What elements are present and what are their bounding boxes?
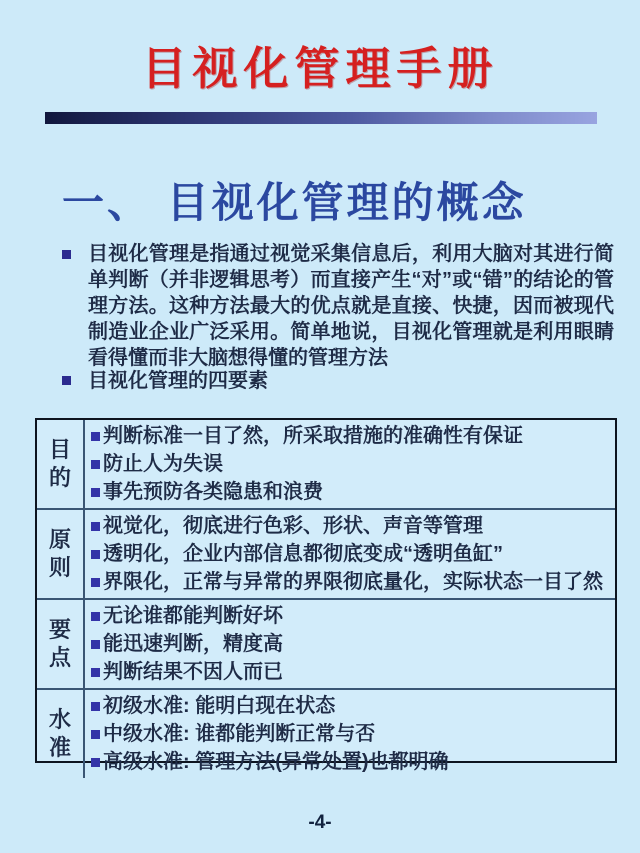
- row-body-cell: 无论谁都能判断好坏 能迅速判断，精度高 判断结果不因人而已: [85, 600, 615, 688]
- row-header-label: 水准: [48, 706, 72, 762]
- bullet-square-icon: [62, 376, 71, 385]
- bullet-square-icon: [91, 758, 100, 767]
- intro-paragraph: 目视化管理是指通过视觉采集信息后，利用大脑对其进行简单判断（并非逻辑思考）而直接…: [88, 241, 614, 371]
- row-header-cell: 水准: [37, 690, 85, 778]
- table-item-text: 中级水准: 谁都能判断正常与否: [103, 720, 375, 748]
- divider-bar: [45, 112, 597, 124]
- table-item: 中级水准: 谁都能判断正常与否: [91, 720, 609, 748]
- bullet-square-icon: [91, 702, 100, 711]
- table-item-text: 初级水准: 能明白现在状态: [103, 692, 335, 720]
- table-item: 无论谁都能判断好坏: [91, 602, 609, 630]
- bullet-square-icon: [91, 640, 100, 649]
- table-item: 初级水准: 能明白现在状态: [91, 692, 609, 720]
- table-item-text: 判断结果不因人而已: [103, 658, 283, 686]
- table-item-text: 视觉化，彻底进行色彩、形状、声音等管理: [103, 512, 483, 540]
- row-header-cell: 原则: [37, 510, 85, 598]
- bullet-square-icon: [91, 432, 100, 441]
- bullet-square-icon: [91, 578, 100, 587]
- bullet-square-icon: [91, 550, 100, 559]
- page-number: -4-: [0, 812, 640, 834]
- row-header-cell: 目的: [37, 420, 85, 508]
- bullet-square-icon: [91, 522, 100, 531]
- row-header-label: 原则: [48, 526, 72, 582]
- table-item-text: 防止人为失误: [103, 450, 223, 478]
- bullet-square-icon: [91, 730, 100, 739]
- table-item-text: 界限化，正常与异常的界限彻底量化，实际状态一目了然: [103, 568, 603, 596]
- table-item: 防止人为失误: [91, 450, 609, 478]
- table-item-text: 判断标准一目了然，所采取措施的准确性有保证: [103, 422, 523, 450]
- table-item: 判断标准一目了然，所采取措施的准确性有保证: [91, 422, 609, 450]
- table-row: 目的 判断标准一目了然，所采取措施的准确性有保证 防止人为失误 事先预防各类隐患…: [37, 420, 615, 508]
- table-item-text: 无论谁都能判断好坏: [103, 602, 283, 630]
- bullet-square-icon: [91, 612, 100, 621]
- table-item: 界限化，正常与异常的界限彻底量化，实际状态一目了然: [91, 568, 609, 596]
- row-header-label: 目的: [48, 436, 72, 492]
- table-item-text: 能迅速判断，精度高: [103, 630, 283, 658]
- row-header-label: 要点: [48, 616, 72, 672]
- table-row: 原则 视觉化，彻底进行色彩、形状、声音等管理 透明化，企业内部信息都彻底变成“透…: [37, 508, 615, 598]
- slide: 目视化管理手册 一、 目视化管理的概念 目视化管理是指通过视觉采集信息后，利用大…: [0, 0, 640, 853]
- four-elements-table: 目的 判断标准一目了然，所采取措施的准确性有保证 防止人为失误 事先预防各类隐患…: [35, 418, 617, 763]
- table-row: 水准 初级水准: 能明白现在状态 中级水准: 谁都能判断正常与否 高级水准: 管…: [37, 688, 615, 778]
- table-item: 透明化，企业内部信息都彻底变成“透明鱼缸”: [91, 540, 609, 568]
- bullet-square-icon: [91, 460, 100, 469]
- bullet-square-icon: [91, 668, 100, 677]
- row-body-cell: 视觉化，彻底进行色彩、形状、声音等管理 透明化，企业内部信息都彻底变成“透明鱼缸…: [85, 510, 615, 598]
- row-body-cell: 判断标准一目了然，所采取措施的准确性有保证 防止人为失误 事先预防各类隐患和浪费: [85, 420, 615, 508]
- table-item: 事先预防各类隐患和浪费: [91, 478, 609, 506]
- row-header-cell: 要点: [37, 600, 85, 688]
- row-body-cell: 初级水准: 能明白现在状态 中级水准: 谁都能判断正常与否 高级水准: 管理方法…: [85, 690, 615, 778]
- table-item: 高级水准: 管理方法(异常处置)也都明确: [91, 748, 609, 776]
- table-item: 能迅速判断，精度高: [91, 630, 609, 658]
- table-row: 要点 无论谁都能判断好坏 能迅速判断，精度高 判断结果不因人而已: [37, 598, 615, 688]
- section-heading: 一、 目视化管理的概念: [62, 170, 527, 230]
- bullet-square-icon: [91, 488, 100, 497]
- four-elements-label: 目视化管理的四要素: [88, 368, 588, 394]
- page-title: 目视化管理手册: [0, 32, 640, 97]
- bullet-square-icon: [62, 250, 71, 259]
- table-item-text: 高级水准: 管理方法(异常处置)也都明确: [103, 748, 449, 776]
- table-item-text: 透明化，企业内部信息都彻底变成“透明鱼缸”: [103, 540, 503, 568]
- table-item-text: 事先预防各类隐患和浪费: [103, 478, 323, 506]
- table-item: 判断结果不因人而已: [91, 658, 609, 686]
- table-item: 视觉化，彻底进行色彩、形状、声音等管理: [91, 512, 609, 540]
